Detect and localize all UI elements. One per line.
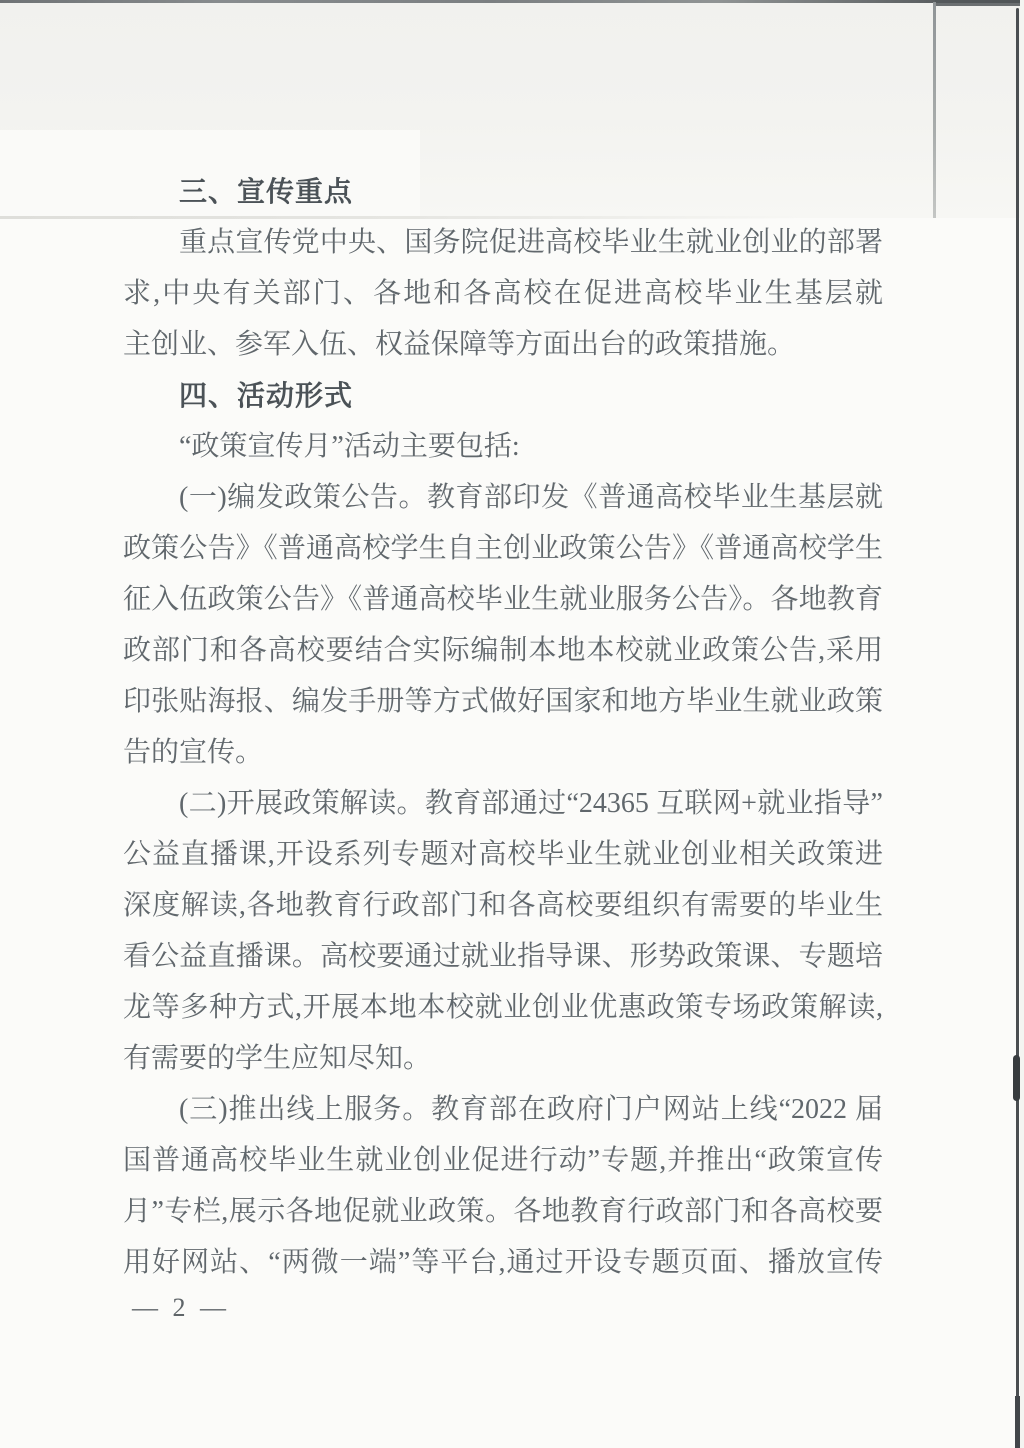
document-line: 告的宣传。 xyxy=(123,727,883,778)
document-line: 用好网站、“两微一端”等平台,通过开设专题页面、播放宣传片、 xyxy=(123,1237,883,1288)
document-line: (一)编发政策公告。教育部印发《普通高校毕业生基层就业 xyxy=(123,472,883,523)
document-line: 征入伍政策公告》《普通高校毕业生就业服务公告》。各地教育行 xyxy=(123,574,883,625)
document-line: 主创业、参军入伍、权益保障等方面出台的政策措施。 xyxy=(123,319,883,370)
scan-artifact-right-edge-bottom xyxy=(1015,1396,1020,1448)
section-heading-3: 三、宣传重点 xyxy=(123,166,883,217)
document-line: (三)推出线上服务。教育部在政府门户网站上线“2022 届全 xyxy=(123,1084,883,1135)
document-line: 有需要的学生应知尽知。 xyxy=(123,1033,883,1084)
scan-right-margin xyxy=(1020,0,1024,1448)
document-line: (二)开展政策解读。教育部通过“24365 互联网+就业指导” xyxy=(123,778,883,829)
document-line: 政策公告》《普通高校学生自主创业政策公告》《普通高校学生应 xyxy=(123,523,883,574)
page-number: — 2 — xyxy=(132,1292,230,1324)
document-line: 深度解读,各地教育行政部门和各高校要组织有需要的毕业生收 xyxy=(123,880,883,931)
document-line: 看公益直播课。高校要通过就业指导课、形势政策课、专题培训沙 xyxy=(123,931,883,982)
document-line: 求,中央有关部门、各地和各高校在促进高校毕业生基层就业、自 xyxy=(123,268,883,319)
document-text-block: 三、宣传重点 重点宣传党中央、国务院促进高校毕业生就业创业的部署要 求,中央有关… xyxy=(123,166,883,1288)
document-line: 公益直播课,开设系列专题对高校毕业生就业创业相关政策进行 xyxy=(123,829,883,880)
document-line: 政部门和各高校要结合实际编制本地本校就业政策公告,采用翻 xyxy=(123,625,883,676)
scan-artifact-top-edge xyxy=(0,0,1024,3)
document-line: 印张贴海报、编发手册等方式做好国家和地方毕业生就业政策公 xyxy=(123,676,883,727)
document-line: 龙等多种方式,开展本地本校就业创业优惠政策专场政策解读,让 xyxy=(123,982,883,1033)
document-line: “政策宣传月”活动主要包括: xyxy=(123,421,883,472)
scan-artifact-right-edge-blob xyxy=(1013,1055,1020,1101)
scan-artifact-top-right-cap xyxy=(935,0,1024,6)
scanned-document-page: { "doc": { "page_number": "— 2 —", "line… xyxy=(0,0,1024,1448)
document-line: 月”专栏,展示各地促就业政策。各地教育行政部门和各高校要 xyxy=(123,1186,883,1237)
document-line: 国普通高校毕业生就业创业促进行动”专题,并推出“政策宣传 xyxy=(123,1135,883,1186)
scan-artifact-right-edge-line xyxy=(1016,8,1019,1448)
section-heading-4: 四、活动形式 xyxy=(123,370,883,421)
document-line: 重点宣传党中央、国务院促进高校毕业生就业创业的部署要 xyxy=(123,217,883,268)
underlying-page-edge-line xyxy=(933,2,936,218)
